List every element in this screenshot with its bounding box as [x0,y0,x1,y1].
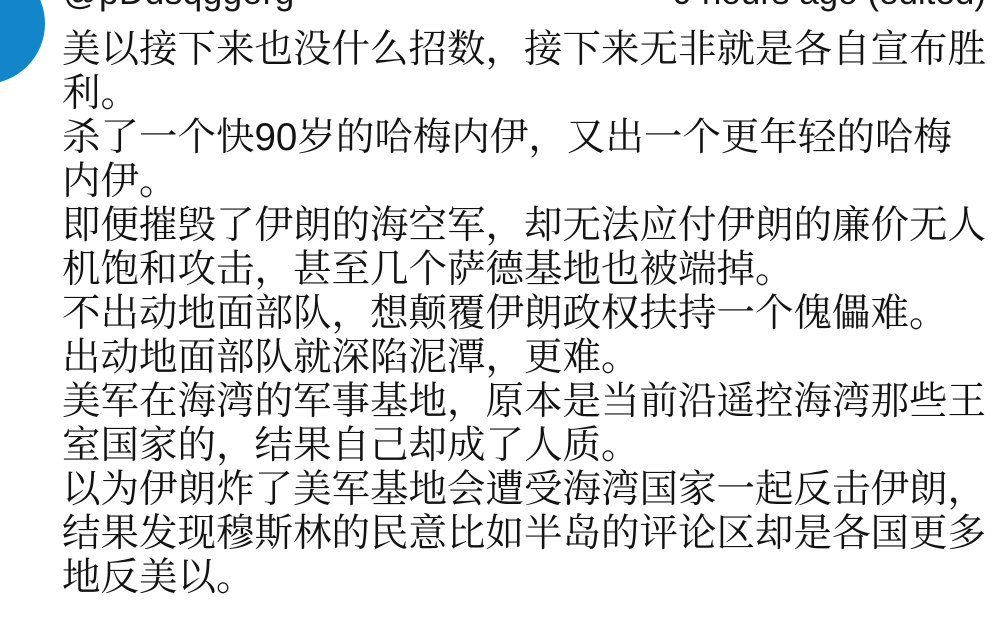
comment-text-line: 结果发现穆斯林的民意比如半岛的评论区却是各国更多 [62,512,998,556]
comment-text-line: 即便摧毁了伊朗的海空军，却无法应付伊朗的廉价无人 [62,204,998,248]
comment-text-line: 利。 [62,72,998,116]
comment-text-line: 出动地面部队就深陷泥潭，更难。 [62,336,998,380]
comment-header: @pDdsqggorg 9 hours ago (edited) [63,0,986,11]
comment-text-line: 美以接下来也没什么招数，接下来无非就是各自宣布胜 [62,28,998,72]
username[interactable]: @pDdsqggorg [63,0,295,11]
comment-text-line: 地反美以。 [62,556,998,600]
comment-text-line: 美军在海湾的军事基地，原本是当前沿遥控海湾那些王 [62,380,998,424]
timestamp: 9 hours ago (edited) [673,0,986,11]
comment-text-line: 以为伊朗炸了美军基地会遭受海湾国家一起反击伊朗， [62,468,998,512]
comment-text: 美以接下来也没什么招数，接下来无非就是各自宣布胜利。杀了一个快90岁的哈梅内伊，… [62,28,998,600]
avatar[interactable] [0,0,45,84]
comment-text-line: 机饱和攻击，甚至几个萨德基地也被端掉。 [62,248,998,292]
comment-text-line: 杀了一个快90岁的哈梅内伊，又出一个更年轻的哈梅 [62,116,998,160]
comment-text-line: 不出动地面部队，想颠覆伊朗政权扶持一个傀儡难。 [62,292,998,336]
comment-text-line: 内伊。 [62,160,998,204]
comment-text-line: 室国家的，结果自己却成了人质。 [62,424,998,468]
